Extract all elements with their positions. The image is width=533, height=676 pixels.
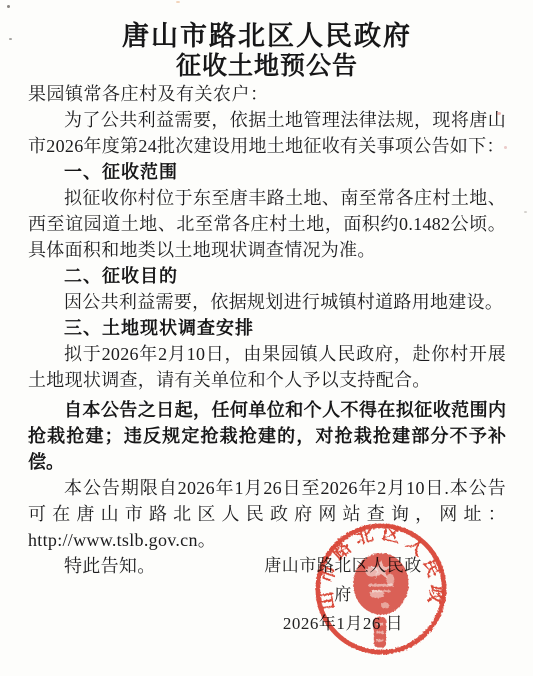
section-text-purpose: 因公共利益需要，依据规划进行城镇村道路用地建设。 — [28, 289, 506, 315]
intro-paragraph: 为了公共利益需要，依据土地管理法律法规，现将唐山市2026年度第24批次建设用地… — [28, 107, 506, 159]
validity-paragraph: 本公告期限自2026年1月26日至2026年2月10日.本公告可在唐山市路北区人… — [28, 475, 506, 553]
doc-title-subject: 征收土地预公告 — [28, 51, 506, 81]
scanned-document-page: 唐山市路北区人民政府 征收土地预公告 果园镇常各庄村及有关农户： 为了公共利益需… — [0, 0, 533, 676]
section-text-scope: 拟征收你村位于东至唐丰路土地、南至常各庄村土地、西至谊园道土地、北至常各庄村土地… — [28, 185, 506, 263]
signature-org: 唐山市路北区人民政府 — [258, 551, 428, 609]
scan-speck — [9, 38, 12, 40]
section-text-survey: 拟于2026年2月10日，由果园镇人民政府，赴你村开展土地现状调查，请有关单位和… — [28, 341, 506, 393]
scan-speck — [176, 1, 180, 3]
signature-block: 唐山市路北区人民政府 2026年1月26 日 — [258, 551, 428, 638]
signature-date: 2026年1月26 日 — [258, 609, 428, 638]
scan-speck — [7, 5, 10, 8]
section-heading-purpose: 二、征收目的 — [28, 263, 506, 289]
scan-speck — [524, 211, 527, 213]
warning-paragraph: 自本公告之日起，任何单位和个人不得在拟征收范围内抢栽抢建；违反规定抢栽抢建的，对… — [28, 397, 506, 475]
salutation: 果园镇常各庄村及有关农户： — [28, 81, 506, 107]
section-heading-survey: 三、土地现状调查安排 — [28, 315, 506, 341]
section-heading-scope: 一、征收范围 — [28, 159, 506, 185]
doc-title-issuer: 唐山市路北区人民政府 — [28, 22, 506, 51]
